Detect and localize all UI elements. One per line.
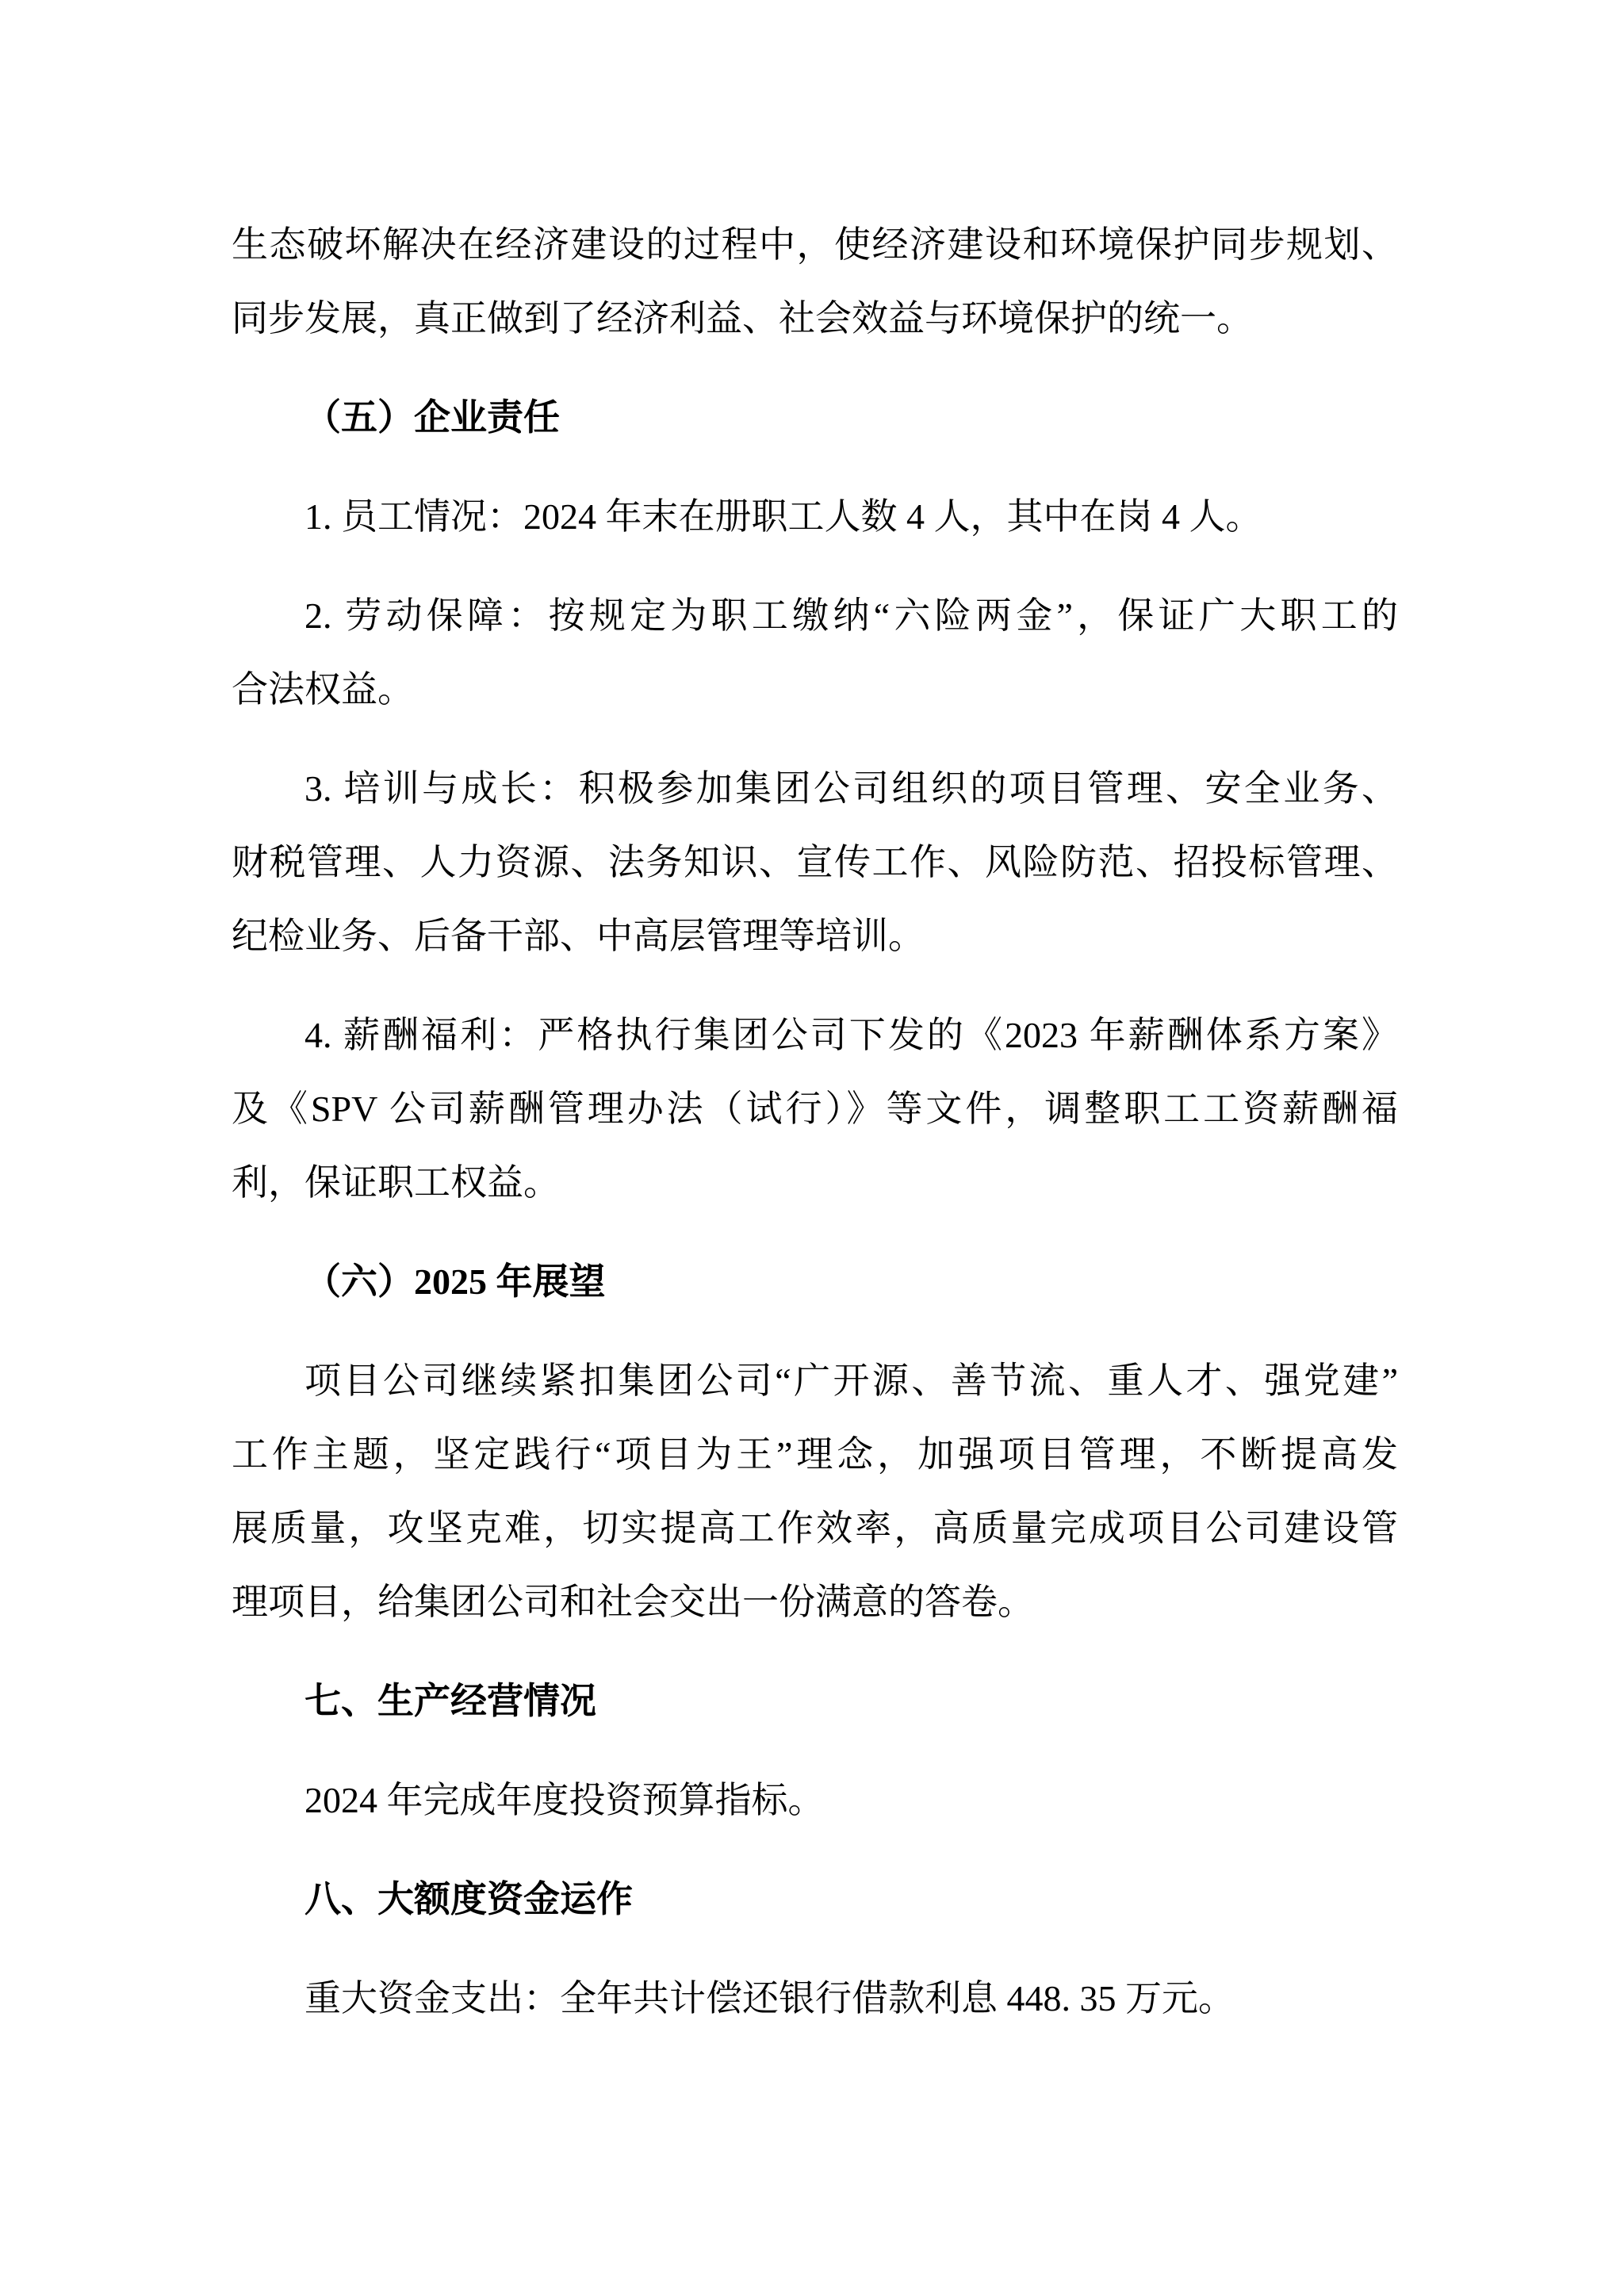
paragraph: 1. 员工情况：2024 年末在册职工人数 4 人，其中在岗 4 人。 bbox=[232, 480, 1398, 553]
document-page: 生态破坏解决在经济建设的过程中，使经济建设和环境保护同步规划、 同步发展，真正做… bbox=[0, 0, 1624, 2296]
text-line: 理项目，给集团公司和社会交出一份满意的答卷。 bbox=[232, 1565, 1398, 1639]
paragraph: 2024 年完成年度投资预算指标。 bbox=[232, 1763, 1398, 1837]
text-line: 2024 年完成年度投资预算指标。 bbox=[232, 1763, 1398, 1837]
sub-heading-6: （六）2025 年展望 bbox=[232, 1245, 1398, 1318]
section-heading-7: 七、生产经营情况 bbox=[232, 1664, 1398, 1738]
text-line: 工作主题，坚定践行“项目为王”理念，加强项目管理，不断提高发 bbox=[232, 1418, 1398, 1491]
heading-text: 七、生产经营情况 bbox=[232, 1664, 1398, 1738]
paragraph: 重大资金支出：全年共计偿还银行借款利息 448. 35 万元。 bbox=[232, 1961, 1398, 2035]
paragraph: 4. 薪酬福利：严格执行集团公司下发的《2023 年薪酬体系方案》 及《SPV … bbox=[232, 998, 1398, 1219]
text-line: 利，保证职工权益。 bbox=[232, 1146, 1398, 1219]
text-line: 同步发展，真正做到了经济利益、社会效益与环境保护的统一。 bbox=[232, 281, 1398, 355]
text-line: 项目公司继续紧扣集团公司“广开源、善节流、重人才、强党建” bbox=[232, 1344, 1398, 1418]
document-body: 生态破坏解决在经济建设的过程中，使经济建设和环境保护同步规划、 同步发展，真正做… bbox=[232, 208, 1398, 2061]
paragraph: 生态破坏解决在经济建设的过程中，使经济建设和环境保护同步规划、 同步发展，真正做… bbox=[232, 208, 1398, 355]
paragraph: 3. 培训与成长：积极参加集团公司组织的项目管理、安全业务、 财税管理、人力资源… bbox=[232, 752, 1398, 973]
text-line: 合法权益。 bbox=[232, 652, 1398, 726]
text-line: 1. 员工情况：2024 年末在册职工人数 4 人，其中在岗 4 人。 bbox=[232, 480, 1398, 553]
heading-text: 八、大额度资金运作 bbox=[232, 1862, 1398, 1936]
paragraph: 2. 劳动保障：按规定为职工缴纳“六险两金”，保证广大职工的 合法权益。 bbox=[232, 579, 1398, 726]
text-line: 3. 培训与成长：积极参加集团公司组织的项目管理、安全业务、 bbox=[232, 752, 1398, 825]
text-line: 2. 劳动保障：按规定为职工缴纳“六险两金”，保证广大职工的 bbox=[232, 579, 1398, 652]
text-line: 财税管理、人力资源、法务知识、宣传工作、风险防范、招投标管理、 bbox=[232, 825, 1398, 899]
text-line: 纪检业务、后备干部、中高层管理等培训。 bbox=[232, 899, 1398, 973]
text-line: 展质量，攻坚克难，切实提高工作效率，高质量完成项目公司建设管 bbox=[232, 1491, 1398, 1565]
heading-text: （五）企业责任 bbox=[232, 381, 1398, 454]
paragraph: 项目公司继续紧扣集团公司“广开源、善节流、重人才、强党建” 工作主题，坚定践行“… bbox=[232, 1344, 1398, 1639]
section-heading-8: 八、大额度资金运作 bbox=[232, 1862, 1398, 1936]
text-line: 4. 薪酬福利：严格执行集团公司下发的《2023 年薪酬体系方案》 bbox=[232, 998, 1398, 1072]
heading-text: （六）2025 年展望 bbox=[232, 1245, 1398, 1318]
sub-heading-5: （五）企业责任 bbox=[232, 381, 1398, 454]
text-line: 重大资金支出：全年共计偿还银行借款利息 448. 35 万元。 bbox=[232, 1961, 1398, 2035]
text-line: 生态破坏解决在经济建设的过程中，使经济建设和环境保护同步规划、 bbox=[232, 208, 1398, 281]
text-line: 及《SPV 公司薪酬管理办法（试行）》等文件，调整职工工资薪酬福 bbox=[232, 1072, 1398, 1146]
